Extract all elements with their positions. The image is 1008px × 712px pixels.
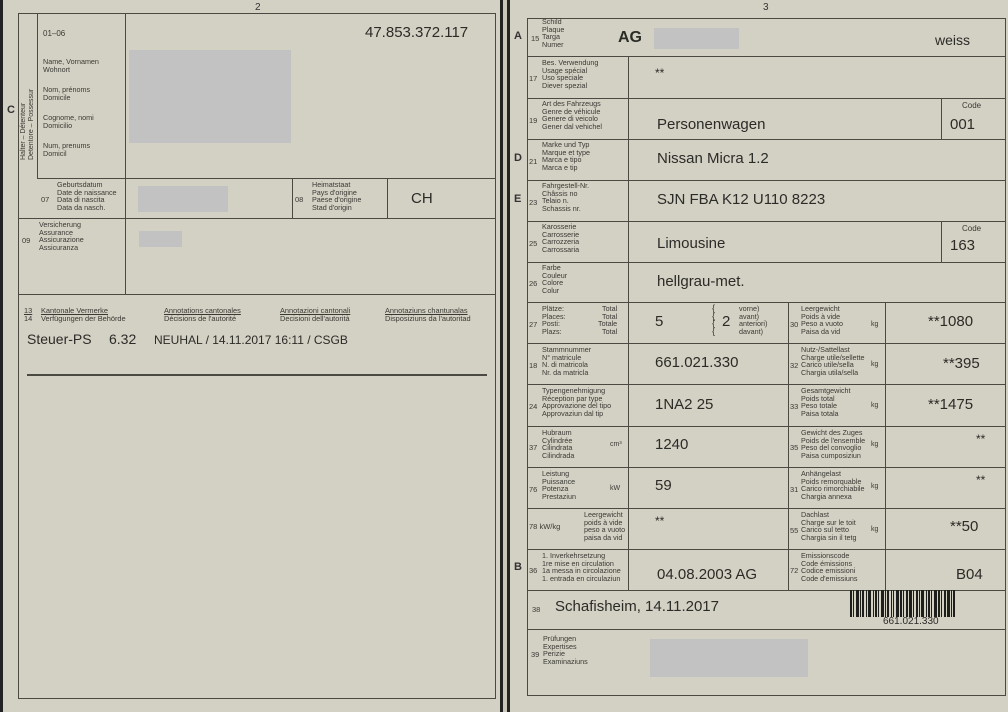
barcode-icon	[850, 590, 1002, 617]
document-number: 47.853.372.117	[365, 24, 468, 41]
divider	[628, 302, 629, 590]
annotation-header-it: Annotazioni cantonaliDecisioni dell'auto…	[280, 307, 350, 323]
chassis-value: SJN FBA K12 U110 8223	[657, 191, 825, 208]
seats-total-label: TotalTotalTotaleTotal	[598, 305, 617, 335]
field-number: 30	[790, 320, 798, 329]
home-state-value: CH	[411, 190, 433, 207]
type-approval-value: 1NA2 25	[655, 396, 713, 413]
field-number: 21	[529, 157, 537, 166]
payload-label: Nutz-/SattellastCharge utile/selletteCar…	[801, 346, 865, 376]
field-number: 24	[529, 402, 537, 411]
field-number: 08	[295, 195, 303, 204]
page-number: 3	[763, 2, 769, 13]
field-number: 17	[529, 74, 537, 83]
barcode-text: 661.021.330	[883, 617, 939, 627]
holder-label: Name, VornamenWohnort	[43, 58, 99, 73]
holder-rotated-label: Halter – Détenteur	[20, 103, 27, 160]
holder-label: Nom, prénomsDomicile	[43, 86, 90, 101]
annotation-header-de: Kantonale VermerkeVerfügungen der Behörd…	[41, 307, 126, 323]
divider	[527, 426, 1006, 427]
field-number: 23	[529, 198, 537, 207]
divider	[527, 302, 1006, 303]
field-number: 35	[790, 443, 798, 452]
field-number: 18	[529, 361, 537, 370]
divider	[885, 302, 886, 590]
insurance-label: VersicherungAssuranceAssicurazioneAssicu…	[39, 221, 84, 251]
code-header: Code	[962, 101, 981, 110]
divider	[125, 13, 126, 178]
first-registration-value: 04.08.2003 AG	[657, 566, 757, 583]
unit: kg	[871, 321, 878, 328]
unit: kg	[871, 402, 878, 409]
roof-load-label: DachlastCharge sur le toitCarico sul tet…	[801, 511, 857, 541]
field-number: 55	[790, 526, 798, 535]
field-number: 07	[41, 195, 49, 204]
trailer-load-value: **	[976, 473, 985, 487]
field-number: 38	[532, 605, 540, 614]
power-label: LeistungPuissancePotenzaPrestaziun	[542, 470, 576, 500]
seats-front-value: 2	[722, 313, 730, 330]
make-model-value: Nissan Micra 1.2	[657, 150, 769, 167]
divider	[941, 98, 942, 139]
divider	[527, 508, 1006, 509]
vehicle-type-label: Art des FahrzeugsGenre de véhiculeGenere…	[542, 100, 602, 130]
body-label: KarosserieCarrosserieCarrozzeriaCarrossa…	[542, 223, 579, 253]
body-value: Limousine	[657, 235, 725, 252]
empty-weight-label: LeergewichtPoids à videPeso a vuotoPaisa…	[801, 305, 843, 335]
section-letter-a: A	[514, 30, 522, 42]
displacement-value: 1240	[655, 436, 688, 453]
divider	[527, 139, 1006, 140]
divider	[788, 302, 789, 590]
plate-canton: AG	[618, 29, 642, 47]
empty-weight-value: **1080	[928, 313, 973, 330]
make-model-label: Marke und TypMarque et typeMarca e tipoM…	[542, 141, 590, 171]
right-page: 3 A 15 SchildPlaqueTargaNumer AG weiss 1…	[507, 0, 1008, 712]
unit: kg	[871, 361, 878, 368]
divider	[527, 549, 1006, 550]
divider	[387, 178, 388, 218]
section-letter-b: B	[514, 561, 522, 573]
color-label: FarbeCouleurColoreColur	[542, 264, 567, 294]
divider	[527, 384, 1006, 385]
left-page: 2 C Halter – Détenteur Detentore – Posse…	[0, 0, 503, 712]
birth-date-label: GeburtsdatumDate de naissanceData di nas…	[57, 181, 117, 211]
annotation-entry-label: Steuer-PS	[27, 331, 92, 347]
page-number: 2	[255, 2, 261, 13]
vehicle-type-value: Personenwagen	[657, 116, 765, 133]
train-weight-label: Gewicht des ZugesPoids de l'ensemblePeso…	[801, 429, 865, 459]
divider	[37, 13, 38, 178]
color-value: hellgrau-met.	[657, 273, 745, 290]
home-state-label: HeimatstaatPays d'originePaese d'origine…	[312, 181, 361, 211]
unit: kg	[871, 526, 878, 533]
field-number: 27	[529, 320, 537, 329]
section-letter-c: C	[7, 104, 15, 116]
seats-label: Plätze:Places:Posti:Plazs:	[542, 305, 566, 335]
annotation-entry-value: 6.32	[109, 331, 136, 347]
body-code: 163	[950, 237, 975, 254]
type-approval-label: TypengenehmigungRéception par typeApprov…	[542, 387, 611, 417]
divider	[527, 343, 1006, 344]
field-number: 39	[531, 650, 539, 659]
master-number-value: 661.021.330	[655, 354, 738, 371]
field-number: 26	[529, 279, 537, 288]
divider	[527, 221, 1006, 222]
field-number: 37	[529, 443, 537, 452]
section-letter-e: E	[514, 193, 521, 205]
divider	[527, 180, 1006, 181]
inspections-label: PrüfungenExpertisesPerizieExaminaziuns	[543, 635, 588, 665]
divider	[18, 218, 496, 219]
birth-date-redacted	[138, 186, 228, 212]
field-number: 36	[529, 566, 537, 575]
divider	[292, 178, 293, 218]
divider	[527, 56, 1006, 57]
field-number: 25	[529, 239, 537, 248]
divider	[37, 178, 496, 179]
inspections-redacted	[650, 639, 808, 677]
special-use-value: **	[655, 66, 664, 80]
code-header: Code	[962, 224, 981, 233]
field-number: 19	[529, 116, 537, 125]
field-number: 72	[790, 566, 798, 575]
unit: cm³	[610, 441, 622, 448]
plate-number-redacted	[654, 28, 739, 49]
holder-label: Num, prenumsDomicil	[43, 142, 90, 157]
holder-name-redacted	[129, 50, 291, 143]
unit: kW	[610, 485, 620, 492]
holder-rotated-label-2: Detentore – Possessur	[28, 89, 35, 160]
divider	[125, 178, 126, 218]
seats-front-label: vorne)avant)anteriori)davant)	[739, 305, 767, 335]
seats-total-value: 5	[655, 313, 663, 330]
divider	[18, 294, 496, 295]
annotation-entry-detail: NEUHAL / 14.11.2017 16:11 / CSGB	[154, 333, 348, 347]
field-number: 33	[790, 402, 798, 411]
field-number: 31	[790, 485, 798, 494]
holder-label: Cognome, nomiDomicilio	[43, 114, 94, 129]
divider	[527, 467, 1006, 468]
insurance-redacted	[139, 231, 182, 247]
annotation-numbers: 1314	[24, 307, 32, 323]
total-weight-value: **1475	[928, 396, 973, 413]
divider	[527, 262, 1006, 263]
annotation-line	[27, 374, 487, 376]
plate-color: weiss	[935, 32, 970, 48]
seats-brace: {{{{	[712, 305, 715, 335]
emission-code-value: B04	[956, 566, 983, 583]
payload-value: **395	[943, 355, 980, 372]
plate-label: SchildPlaqueTargaNumer	[542, 18, 564, 48]
total-weight-label: GesamtgewichtPoids totalPeso totalePaisa…	[801, 387, 851, 417]
power-weight-unit-label: 78 kW/kg	[529, 523, 560, 531]
power-weight-value: **	[655, 514, 664, 528]
field-number: 32	[790, 361, 798, 370]
trailer-load-label: AnhängelastPoids remorquableCarico rimor…	[801, 470, 865, 500]
displacement-label: HubraumCylindréeCilindrataCilindrada	[542, 429, 574, 459]
unit: kg	[871, 441, 878, 448]
power-weight-label: Leergewichtpoids à videpeso a vuotopaisa…	[584, 511, 625, 541]
place-date-value: Schafisheim, 14.11.2017	[555, 598, 719, 615]
field-number: 09	[22, 236, 30, 245]
holder-field-range: 01–06	[43, 30, 65, 38]
section-letter-d: D	[514, 152, 522, 164]
divider	[628, 56, 629, 302]
first-registration-label: 1. Inverkehrsetzung1re mise en circulati…	[542, 552, 621, 582]
divider	[125, 218, 126, 294]
divider	[527, 629, 1006, 630]
chassis-label: Fahrgestell-Nr.Châssis noTelaio n.Schass…	[542, 182, 589, 212]
train-weight-value: **	[976, 432, 985, 446]
divider	[941, 221, 942, 262]
field-number: 76	[529, 485, 537, 494]
vehicle-type-code: 001	[950, 116, 975, 133]
roof-load-value: **50	[950, 518, 978, 535]
annotation-header-rm: Annotaziuns chantunalasDisposiziuns da l…	[385, 307, 471, 323]
master-number-label: StammnummerN° matriculeN. di matricolaNr…	[542, 346, 591, 376]
field-number: 15	[531, 34, 539, 43]
power-value: 59	[655, 477, 672, 494]
emission-code-label: EmissionscodeCode émissionsCodice emissi…	[801, 552, 858, 582]
special-use-label: Bes. VerwendungUsage spécialUso speciale…	[542, 59, 598, 89]
annotation-header-fr: Annotations cantonalesDécisions de l'aut…	[164, 307, 241, 323]
unit: kg	[871, 483, 878, 490]
